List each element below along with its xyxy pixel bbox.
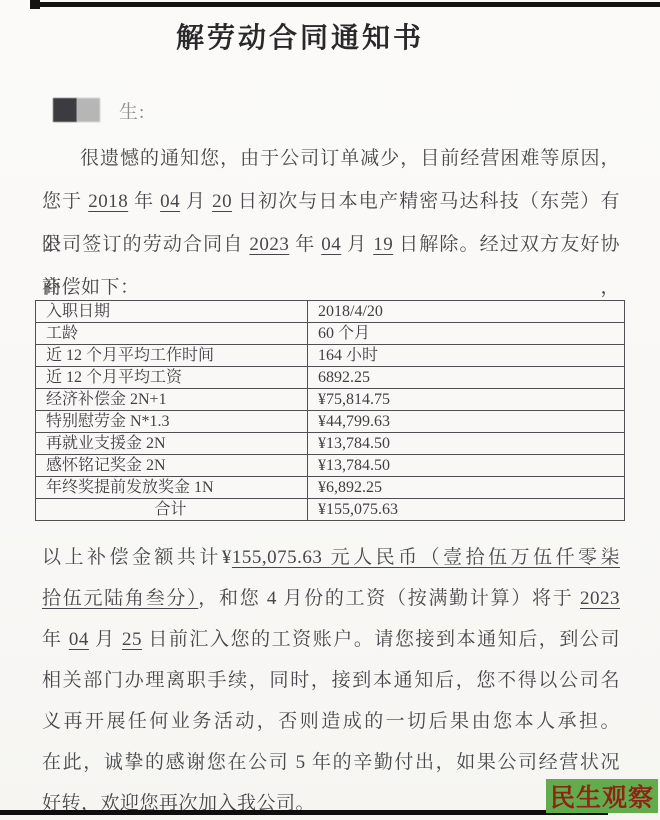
redacted-name-block-light — [77, 98, 100, 122]
photo-top-edge-bar — [33, 2, 660, 7]
table-row: 入职日期2018/4/20 — [36, 301, 625, 323]
row-value: ¥13,784.50 — [308, 455, 625, 477]
underlined-amount: 155,075.63 元人民币（壹拾伍万伍仟零柒 — [232, 547, 620, 568]
underlined-month: 04 — [160, 191, 180, 212]
text-segment: 月 — [341, 234, 373, 255]
text-segment: 年 — [289, 234, 321, 255]
intro-line-2: 您于 2018 年 04 月 20 日初次与日本电产精密马达科技（东莞）有限 — [42, 180, 620, 223]
text-segment: 以上补偿金额共计¥ — [42, 547, 232, 568]
row-label: 经济补偿金 2N+1 — [36, 389, 308, 411]
row-label: 年终奖提前发放奖金 1N — [36, 477, 308, 499]
text-segment: 年 — [42, 629, 69, 650]
text-segment: 月 — [180, 191, 212, 212]
document-title: 解劳动合同通知书 — [0, 16, 600, 56]
underlined-month: 04 — [69, 629, 89, 650]
table-row: 再就业支援金 2N¥13,784.50 — [36, 433, 625, 455]
salutation-row: 生: — [53, 98, 145, 122]
row-value: 2018/4/20 — [308, 301, 625, 323]
row-label: 入职日期 — [36, 301, 308, 323]
text-segment: 年 — [128, 191, 160, 212]
table-row: 特别慰劳金 N*1.3¥44,799.63 — [36, 411, 625, 433]
intro-line-3: 公司签订的劳动合同自 2023 年 04 月 19 日解除。经过双方友好协商， — [42, 223, 620, 266]
photo-bottom-edge-bar — [0, 810, 608, 815]
row-value: 6892.25 — [308, 367, 625, 389]
row-label: 特别慰劳金 N*1.3 — [36, 411, 308, 433]
watermark-badge: 民生观察 — [546, 779, 658, 813]
row-label: 感怀铭记奖金 2N — [36, 455, 308, 477]
closing-line-6: 在此，诚挚的感谢您在公司 5 年的辛勤付出，如果公司经营状况 — [42, 742, 620, 783]
row-value: ¥6,892.25 — [308, 477, 625, 499]
text-segment: 月 — [89, 629, 122, 650]
underlined-amount-words: 拾伍元陆角叁分） — [42, 588, 198, 609]
text-segment: 您于 — [42, 191, 88, 212]
row-label: 再就业支援金 2N — [36, 433, 308, 455]
row-label: 近 12 个月平均工资 — [36, 367, 308, 389]
closing-paragraph: 以上补偿金额共计¥155,075.63 元人民币（壹拾伍万伍仟零柒 拾伍元陆角叁… — [42, 537, 620, 820]
text-segment: 公司签订的劳动合同自 — [42, 234, 249, 255]
table-row: 感怀铭记奖金 2N¥13,784.50 — [36, 455, 625, 477]
redacted-name-block-dark — [53, 98, 77, 122]
row-label: 近 12 个月平均工作时间 — [36, 345, 308, 367]
row-value: ¥13,784.50 — [308, 433, 625, 455]
closing-line-3: 年 04 月 25 日前汇入您的工资账户。请您接到本通知后，到公司 — [42, 619, 620, 660]
row-label: 工龄 — [36, 323, 308, 345]
salutation-suffix: 生: — [119, 97, 145, 124]
underlined-day: 25 — [122, 629, 142, 650]
underlined-day: 19 — [373, 234, 393, 255]
row-value: ¥75,814.75 — [308, 389, 625, 411]
row-value: 164 小时 — [308, 345, 625, 367]
row-value: 60 个月 — [308, 323, 625, 345]
underlined-year: 2023 — [580, 588, 620, 609]
closing-line-2: 拾伍元陆角叁分），和您 4 月份的工资（按满勤计算）将于 2023 — [42, 578, 620, 619]
closing-line-1: 以上补偿金额共计¥155,075.63 元人民币（壹拾伍万伍仟零柒 — [42, 537, 620, 578]
intro-paragraph: 很遗憾的通知您，由于公司订单减少，目前经营困难等原因， 您于 2018 年 04… — [42, 137, 620, 309]
row-value: ¥44,799.63 — [308, 411, 625, 433]
text-segment: 日前汇入您的工资账户。请您接到本通知后，到公司 — [142, 629, 620, 650]
total-value: ¥155,075.63 — [308, 499, 625, 521]
compensation-table: 入职日期2018/4/20 工龄60 个月 近 12 个月平均工作时间164 小… — [35, 300, 625, 521]
table-row: 经济补偿金 2N+1¥75,814.75 — [36, 389, 625, 411]
table-row: 近 12 个月平均工资6892.25 — [36, 367, 625, 389]
text-segment: ，和您 4 月份的工资（按满勤计算）将于 — [198, 588, 580, 609]
termination-notice-document: { "doc": { "title": "解劳动合同通知书", "salutat… — [0, 0, 660, 820]
table-row: 年终奖提前发放奖金 1N¥6,892.25 — [36, 477, 625, 499]
table-row: 工龄60 个月 — [36, 323, 625, 345]
underlined-month: 04 — [321, 234, 341, 255]
closing-line-5: 义再开展任何业务活动，否则造成的一切后果由您本人承担。 — [42, 701, 620, 742]
total-label: 合计 — [36, 499, 308, 521]
table-row-total: 合计¥155,075.63 — [36, 499, 625, 521]
underlined-day: 20 — [212, 191, 232, 212]
underlined-year: 2023 — [249, 234, 289, 255]
intro-line-1: 很遗憾的通知您，由于公司订单减少，目前经营困难等原因， — [42, 137, 620, 180]
table-row: 近 12 个月平均工作时间164 小时 — [36, 345, 625, 367]
underlined-year: 2018 — [88, 191, 128, 212]
closing-line-4: 相关部门办理离职手续，同时，接到本通知后，您不得以公司名 — [42, 660, 620, 701]
